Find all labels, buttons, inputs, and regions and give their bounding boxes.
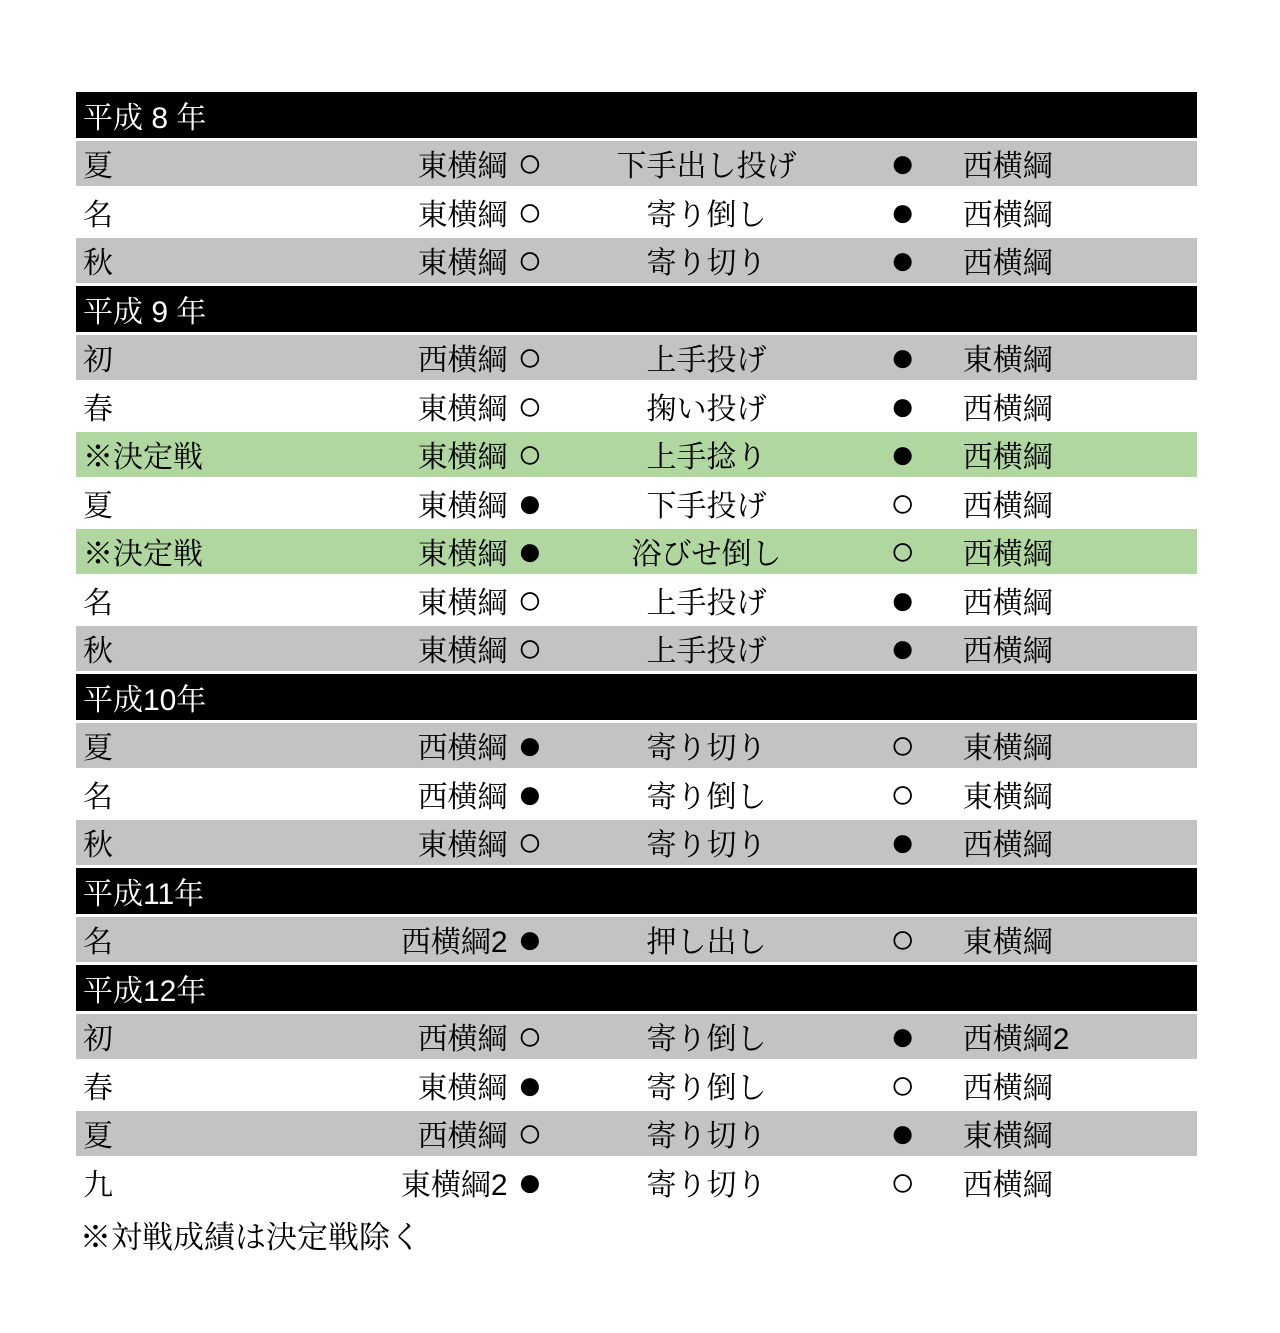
match-row: 名 東横綱 ○ 上手投げ ● 西横綱	[76, 577, 1197, 623]
technique-cell: 上手投げ	[552, 578, 860, 622]
west-rikishi-cell: 西横綱2	[945, 1014, 1197, 1058]
match-row: 夏 東横綱 ● 下手投げ ○ 西横綱	[76, 480, 1197, 526]
east-rikishi-cell: 東横綱	[379, 384, 508, 428]
east-result-mark: ○	[508, 627, 553, 669]
west-result-mark: ●	[861, 239, 945, 281]
season-cell: 九	[76, 1160, 379, 1204]
east-rikishi-cell: 西横綱2	[379, 917, 508, 961]
east-result-mark: ●	[508, 773, 553, 815]
east-rikishi-cell: 東横綱	[379, 578, 508, 622]
west-rikishi-cell: 西横綱	[945, 384, 1197, 428]
technique-cell: 下手投げ	[552, 481, 860, 525]
technique-cell: 寄り切り	[552, 1160, 860, 1204]
east-rikishi-cell: 西横綱	[379, 1014, 508, 1058]
match-row: 夏 西横綱 ● 寄り切り ○ 東横綱	[76, 723, 1197, 769]
east-rikishi-cell: 東横綱2	[379, 1160, 508, 1204]
technique-cell: 掬い投げ	[552, 384, 860, 428]
east-result-mark: ○	[508, 433, 553, 475]
west-rikishi-cell: 東横綱	[945, 1111, 1197, 1155]
technique-cell: 寄り倒し	[552, 1063, 860, 1107]
east-rikishi-cell: 東横綱	[379, 626, 508, 670]
year-label: 平成10年	[83, 675, 206, 719]
west-rikishi-cell: 西横綱	[945, 626, 1197, 670]
east-rikishi-cell: 東横綱	[379, 190, 508, 234]
west-rikishi-cell: 東横綱	[945, 335, 1197, 379]
west-result-mark: ●	[861, 433, 945, 475]
east-rikishi-cell: 西横綱	[379, 335, 508, 379]
year-label: 平成11年	[83, 869, 204, 913]
technique-cell: 上手投げ	[552, 335, 860, 379]
season-cell: 春	[76, 1063, 379, 1107]
year-header-row: 平成11年	[76, 868, 1197, 914]
sumo-results-page: 平成 8 年 夏 東横綱 ○ 下手出し投げ ● 西横綱 名 東横綱 ○ 寄り倒し…	[0, 0, 1280, 1333]
west-rikishi-cell: 西横綱	[945, 578, 1197, 622]
season-cell: ※決定戦	[76, 529, 379, 573]
year-header-row: 平成 9 年	[76, 286, 1197, 332]
east-result-mark: ○	[508, 579, 553, 621]
west-rikishi-cell: 西横綱	[945, 190, 1197, 234]
season-cell: ※決定戦	[76, 432, 379, 476]
west-result-mark: ●	[861, 1112, 945, 1154]
west-result-mark: ○	[861, 918, 945, 960]
match-row: 夏 東横綱 ○ 下手出し投げ ● 西横綱	[76, 141, 1197, 187]
east-rikishi-cell: 東横綱	[379, 1063, 508, 1107]
year-header-row: 平成 8 年	[76, 92, 1197, 138]
match-row: 名 西横綱2 ● 押し出し ○ 東横綱	[76, 917, 1197, 963]
match-row: 秋 東横綱 ○ 寄り切り ● 西横綱	[76, 238, 1197, 284]
east-result-mark: ○	[508, 385, 553, 427]
west-rikishi-cell: 西横綱	[945, 1160, 1197, 1204]
match-row: 夏 西横綱 ○ 寄り切り ● 東横綱	[76, 1111, 1197, 1157]
season-cell: 夏	[76, 481, 379, 525]
east-result-mark: ○	[508, 1015, 553, 1057]
season-cell: 夏	[76, 141, 379, 185]
match-row: 春 東横綱 ● 寄り倒し ○ 西横綱	[76, 1062, 1197, 1108]
year-label: 平成 9 年	[83, 287, 206, 331]
season-cell: 名	[76, 190, 379, 234]
season-cell: 名	[76, 772, 379, 816]
technique-cell: 寄り倒し	[552, 1014, 860, 1058]
east-rikishi-cell: 東横綱	[379, 238, 508, 282]
year-header-row: 平成10年	[76, 674, 1197, 720]
west-result-mark: ●	[861, 821, 945, 863]
technique-cell: 寄り倒し	[552, 772, 860, 816]
east-result-mark: ○	[508, 821, 553, 863]
technique-cell: 上手捻り	[552, 432, 860, 476]
east-rikishi-cell: 東横綱	[379, 141, 508, 185]
west-result-mark: ●	[861, 579, 945, 621]
west-result-mark: ○	[861, 482, 945, 524]
east-result-mark: ●	[508, 530, 553, 572]
east-result-mark: ○	[508, 336, 553, 378]
season-cell: 秋	[76, 626, 379, 670]
technique-cell: 寄り倒し	[552, 190, 860, 234]
west-result-mark: ●	[861, 385, 945, 427]
season-cell: 秋	[76, 238, 379, 282]
season-cell: 名	[76, 917, 379, 961]
season-cell: 春	[76, 384, 379, 428]
west-result-mark: ○	[861, 1064, 945, 1106]
technique-cell: 寄り切り	[552, 820, 860, 864]
west-rikishi-cell: 西横綱	[945, 1063, 1197, 1107]
east-rikishi-cell: 東横綱	[379, 432, 508, 476]
footnote: ※対戦成績は決定戦除く	[80, 1212, 421, 1257]
east-rikishi-cell: 西横綱	[379, 772, 508, 816]
match-row: 初 西横綱 ○ 上手投げ ● 東横綱	[76, 335, 1197, 381]
west-result-mark: ○	[861, 1161, 945, 1203]
east-result-mark: ●	[508, 1161, 553, 1203]
east-result-mark: ○	[508, 239, 553, 281]
east-result-mark: ○	[508, 142, 553, 184]
technique-cell: 下手出し投げ	[552, 141, 860, 185]
east-rikishi-cell: 東横綱	[379, 481, 508, 525]
east-rikishi-cell: 東横綱	[379, 820, 508, 864]
east-result-mark: ●	[508, 724, 553, 766]
west-result-mark: ●	[861, 1015, 945, 1057]
west-result-mark: ○	[861, 530, 945, 572]
match-row: 春 東横綱 ○ 掬い投げ ● 西横綱	[76, 383, 1197, 429]
west-rikishi-cell: 西横綱	[945, 432, 1197, 476]
west-rikishi-cell: 西横綱	[945, 529, 1197, 573]
season-cell: 初	[76, 1014, 379, 1058]
match-row: 秋 東横綱 ○ 寄り切り ● 西横綱	[76, 820, 1197, 866]
west-rikishi-cell: 西横綱	[945, 820, 1197, 864]
west-rikishi-cell: 西横綱	[945, 141, 1197, 185]
match-row: 秋 東横綱 ○ 上手投げ ● 西横綱	[76, 626, 1197, 672]
west-rikishi-cell: 西横綱	[945, 481, 1197, 525]
season-cell: 夏	[76, 1111, 379, 1155]
match-row: ※決定戦 東横綱 ● 浴びせ倒し ○ 西横綱	[76, 529, 1197, 575]
season-cell: 名	[76, 578, 379, 622]
season-cell: 夏	[76, 723, 379, 767]
east-result-mark: ●	[508, 918, 553, 960]
east-rikishi-cell: 東横綱	[379, 529, 508, 573]
technique-cell: 上手投げ	[552, 626, 860, 670]
west-result-mark: ○	[861, 724, 945, 766]
east-rikishi-cell: 西横綱	[379, 1111, 508, 1155]
match-row: 名 西横綱 ● 寄り倒し ○ 東横綱	[76, 771, 1197, 817]
technique-cell: 押し出し	[552, 917, 860, 961]
results-table: 平成 8 年 夏 東横綱 ○ 下手出し投げ ● 西横綱 名 東横綱 ○ 寄り倒し…	[76, 92, 1197, 1208]
year-header-row: 平成12年	[76, 965, 1197, 1011]
match-row: 初 西横綱 ○ 寄り倒し ● 西横綱2	[76, 1014, 1197, 1060]
year-label: 平成 8 年	[83, 93, 206, 137]
technique-cell: 浴びせ倒し	[552, 529, 860, 573]
west-result-mark: ●	[861, 627, 945, 669]
season-cell: 秋	[76, 820, 379, 864]
technique-cell: 寄り切り	[552, 238, 860, 282]
west-rikishi-cell: 東横綱	[945, 723, 1197, 767]
year-label: 平成12年	[83, 966, 206, 1010]
east-result-mark: ○	[508, 191, 553, 233]
match-row: ※決定戦 東横綱 ○ 上手捻り ● 西横綱	[76, 432, 1197, 478]
technique-cell: 寄り切り	[552, 723, 860, 767]
match-row: 九 東横綱2 ● 寄り切り ○ 西横綱	[76, 1159, 1197, 1205]
west-result-mark: ●	[861, 336, 945, 378]
match-row: 名 東横綱 ○ 寄り倒し ● 西横綱	[76, 189, 1197, 235]
east-rikishi-cell: 西横綱	[379, 723, 508, 767]
west-result-mark: ○	[861, 773, 945, 815]
season-cell: 初	[76, 335, 379, 379]
west-rikishi-cell: 西横綱	[945, 238, 1197, 282]
technique-cell: 寄り切り	[552, 1111, 860, 1155]
west-result-mark: ●	[861, 142, 945, 184]
east-result-mark: ●	[508, 482, 553, 524]
west-result-mark: ●	[861, 191, 945, 233]
west-rikishi-cell: 東横綱	[945, 917, 1197, 961]
west-rikishi-cell: 東横綱	[945, 772, 1197, 816]
east-result-mark: ●	[508, 1064, 553, 1106]
east-result-mark: ○	[508, 1112, 553, 1154]
